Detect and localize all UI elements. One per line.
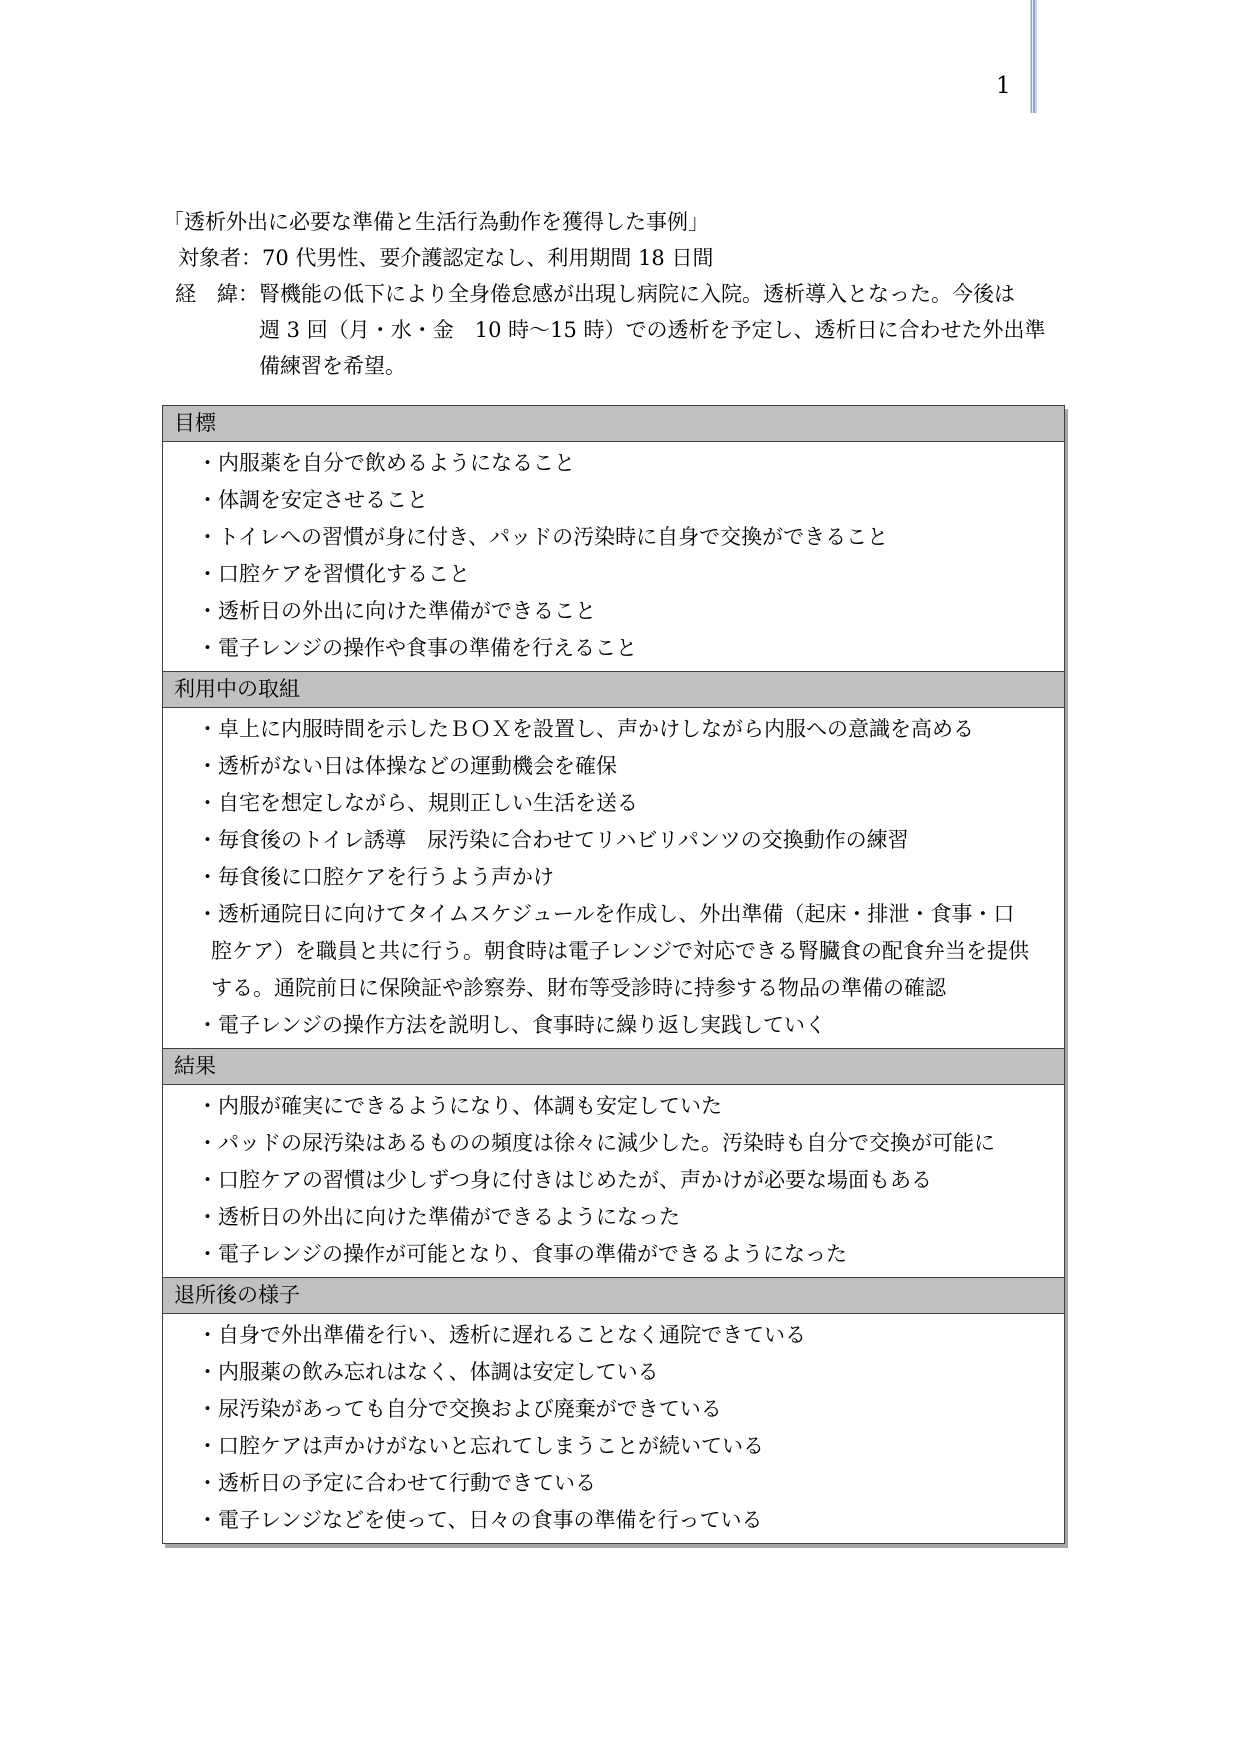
bullet-icon: ・ (197, 562, 218, 586)
list-item: ・内服薬を自分で飲めるようになること (163, 445, 1064, 482)
list-item-text: 内服が確実にできるようになり、体調も安定していた (218, 1094, 722, 1118)
list-item: ・毎食後のトイレ誘導 尿汚染に合わせてリハビリパンツの交換動作の練習 (163, 822, 1064, 859)
list-item-text: トイレへの習慣が身に付き、パッドの汚染時に自身で交換ができること (218, 525, 888, 549)
list-item-text: 電子レンジの操作や食事の準備を行えること (218, 636, 637, 660)
bullet-icon: ・ (197, 1242, 218, 1266)
list-item: ・口腔ケアを習慣化すること (163, 556, 1064, 593)
bullet-icon: ・ (197, 717, 218, 741)
section-items-goals: ・内服薬を自分で飲めるようになること ・体調を安定させること ・トイレへの習慣が… (163, 442, 1064, 672)
list-item: ・内服薬の飲み忘れはなく、体調は安定している (163, 1354, 1064, 1391)
background-label: 経 緯： (175, 276, 259, 384)
list-item-text: 尿汚染があっても自分で交換および廃棄ができている (218, 1397, 722, 1421)
page-number: 1 (996, 71, 1011, 101)
list-item-text: 卓上に内服時間を示したＢＯＸを設置し、声かけしながら内服への意識を高める (218, 717, 974, 741)
bullet-icon: ・ (197, 828, 218, 852)
document-header: 「透析外出に必要な準備と生活行為動作を獲得した事例」 対象者：70 代男性、要介… (163, 204, 1046, 384)
section-items-efforts: ・卓上に内服時間を示したＢＯＸを設置し、声かけしながら内服への意識を高める ・透… (163, 708, 1064, 1049)
bullet-icon: ・ (197, 902, 218, 926)
section-header-results: 結果 (163, 1049, 1064, 1085)
bullet-icon: ・ (197, 1360, 218, 1384)
list-item-text: パッドの尿汚染はあるものの頻度は徐々に減少した。汚染時も自分で交換が可能に (218, 1131, 995, 1155)
bullet-icon: ・ (197, 636, 218, 660)
list-item: ・自身で外出準備を行い、透析に遅れることなく通院できている (163, 1317, 1064, 1354)
list-item-text: 口腔ケアは声かけがないと忘れてしまうことが続いている (218, 1434, 764, 1458)
background-text: 腎機能の低下により全身倦怠感が出現し病院に入院。透析導入となった。今後は 週 3… (259, 276, 1046, 384)
list-item: ・透析日の外出に向けた準備ができること (163, 593, 1064, 630)
list-item: ・卓上に内服時間を示したＢＯＸを設置し、声かけしながら内服への意識を高める (163, 711, 1064, 748)
section-items-results: ・内服が確実にできるようになり、体調も安定していた ・パッドの尿汚染はあるものの… (163, 1085, 1064, 1278)
bullet-icon: ・ (197, 1434, 218, 1458)
subject-label: 対象者： (178, 246, 262, 270)
subject-value: 70 代男性、要介護認定なし、利用期間 18 日間 (262, 246, 713, 270)
list-item-text: 口腔ケアを習慣化すること (218, 562, 470, 586)
list-item: ・毎食後に口腔ケアを行うよう声かけ (163, 859, 1064, 896)
list-item: ・透析日の外出に向けた準備ができるようになった (163, 1199, 1064, 1236)
list-item: ・口腔ケアの習慣は少しずつ身に付きはじめたが、声かけが必要な場面もある (163, 1162, 1064, 1199)
list-item-text: 自身で外出準備を行い、透析に遅れることなく通院できている (218, 1323, 806, 1347)
vertical-accent-line-icon (1030, 0, 1037, 113)
bullet-icon: ・ (197, 791, 218, 815)
list-item-text: 毎食後に口腔ケアを行うよう声かけ (218, 865, 554, 889)
bullet-icon: ・ (197, 1131, 218, 1155)
bullet-icon: ・ (197, 525, 218, 549)
case-table: 目標 ・内服薬を自分で飲めるようになること ・体調を安定させること ・トイレへの… (162, 405, 1065, 1544)
bullet-icon: ・ (197, 1013, 218, 1037)
list-item-text: 口腔ケアの習慣は少しずつ身に付きはじめたが、声かけが必要な場面もある (218, 1168, 932, 1192)
list-item-text: 内服薬の飲み忘れはなく、体調は安定している (218, 1360, 659, 1384)
bullet-icon: ・ (197, 488, 218, 512)
list-item: ・透析がない日は体操などの運動機会を確保 (163, 748, 1064, 785)
list-item: ・尿汚染があっても自分で交換および廃棄ができている (163, 1391, 1064, 1428)
list-item-text: 透析日の予定に合わせて行動できている (218, 1471, 596, 1495)
list-item-text: 電子レンジの操作方法を説明し、食事時に繰り返し実践していく (218, 1013, 826, 1037)
bullet-icon: ・ (197, 1205, 218, 1229)
list-item-text: 内服薬を自分で飲めるようになること (218, 451, 575, 475)
section-header-after-discharge: 退所後の様子 (163, 1278, 1064, 1314)
background-line: 腎機能の低下により全身倦怠感が出現し病院に入院。透析導入となった。今後は (259, 276, 1046, 312)
list-item: ・口腔ケアは声かけがないと忘れてしまうことが続いている (163, 1428, 1064, 1465)
list-item-text: 透析日の外出に向けた準備ができるようになった (218, 1205, 680, 1229)
list-item: ・電子レンジなどを使って、日々の食事の準備を行っている (163, 1502, 1064, 1539)
background-row: 経 緯： 腎機能の低下により全身倦怠感が出現し病院に入院。透析導入となった。今後… (175, 276, 1046, 384)
bullet-icon: ・ (197, 1168, 218, 1192)
bullet-icon: ・ (197, 1397, 218, 1421)
subject-line: 対象者：70 代男性、要介護認定なし、利用期間 18 日間 (178, 240, 1046, 276)
list-item-text: 透析日の外出に向けた準備ができること (218, 599, 596, 623)
bullet-icon: ・ (197, 1471, 218, 1495)
bullet-icon: ・ (197, 1323, 218, 1347)
list-item: ・体調を安定させること (163, 482, 1064, 519)
list-item-text: 透析通院日に向けてタイムスケジュールを作成し、外出準備（起床・排泄・食事・口腔ケ… (211, 902, 1029, 1000)
list-item: ・透析日の予定に合わせて行動できている (163, 1465, 1064, 1502)
list-item: ・トイレへの習慣が身に付き、パッドの汚染時に自身で交換ができること (163, 519, 1064, 556)
list-item-text: 自宅を想定しながら、規則正しい生活を送る (218, 791, 638, 815)
list-item-text: 体調を安定させること (218, 488, 428, 512)
list-item-text: 電子レンジの操作が可能となり、食事の準備ができるようになった (218, 1242, 847, 1266)
bullet-icon: ・ (197, 1094, 218, 1118)
list-item: ・内服が確実にできるようになり、体調も安定していた (163, 1088, 1064, 1125)
bullet-icon: ・ (197, 754, 218, 778)
list-item-text: 透析がない日は体操などの運動機会を確保 (218, 754, 617, 778)
bullet-icon: ・ (197, 1508, 218, 1532)
bullet-icon: ・ (197, 451, 218, 475)
list-item-text: 電子レンジなどを使って、日々の食事の準備を行っている (218, 1508, 763, 1532)
section-header-goals: 目標 (163, 406, 1064, 442)
section-items-after-discharge: ・自身で外出準備を行い、透析に遅れることなく通院できている ・内服薬の飲み忘れは… (163, 1314, 1064, 1543)
list-item-text: 毎食後のトイレ誘導 尿汚染に合わせてリハビリパンツの交換動作の練習 (218, 828, 909, 852)
document-page: 1 「透析外出に必要な準備と生活行為動作を獲得した事例」 対象者：70 代男性、… (0, 0, 1241, 1755)
bullet-icon: ・ (197, 865, 218, 889)
case-title: 「透析外出に必要な準備と生活行為動作を獲得した事例」 (163, 204, 1046, 240)
background-line: 週 3 回（月・水・金 10 時～15 時）での透析を予定し、透析日に合わせた外… (259, 312, 1046, 348)
list-item: ・パッドの尿汚染はあるものの頻度は徐々に減少した。汚染時も自分で交換が可能に (163, 1125, 1064, 1162)
bullet-icon: ・ (197, 599, 218, 623)
list-item: ・透析通院日に向けてタイムスケジュールを作成し、外出準備（起床・排泄・食事・口腔… (163, 896, 1064, 1007)
list-item: ・自宅を想定しながら、規則正しい生活を送る (163, 785, 1064, 822)
list-item: ・電子レンジの操作が可能となり、食事の準備ができるようになった (163, 1236, 1064, 1273)
background-line: 備練習を希望。 (259, 348, 1046, 384)
list-item: ・電子レンジの操作方法を説明し、食事時に繰り返し実践していく (163, 1007, 1064, 1044)
section-header-efforts: 利用中の取組 (163, 672, 1064, 708)
list-item: ・電子レンジの操作や食事の準備を行えること (163, 630, 1064, 667)
